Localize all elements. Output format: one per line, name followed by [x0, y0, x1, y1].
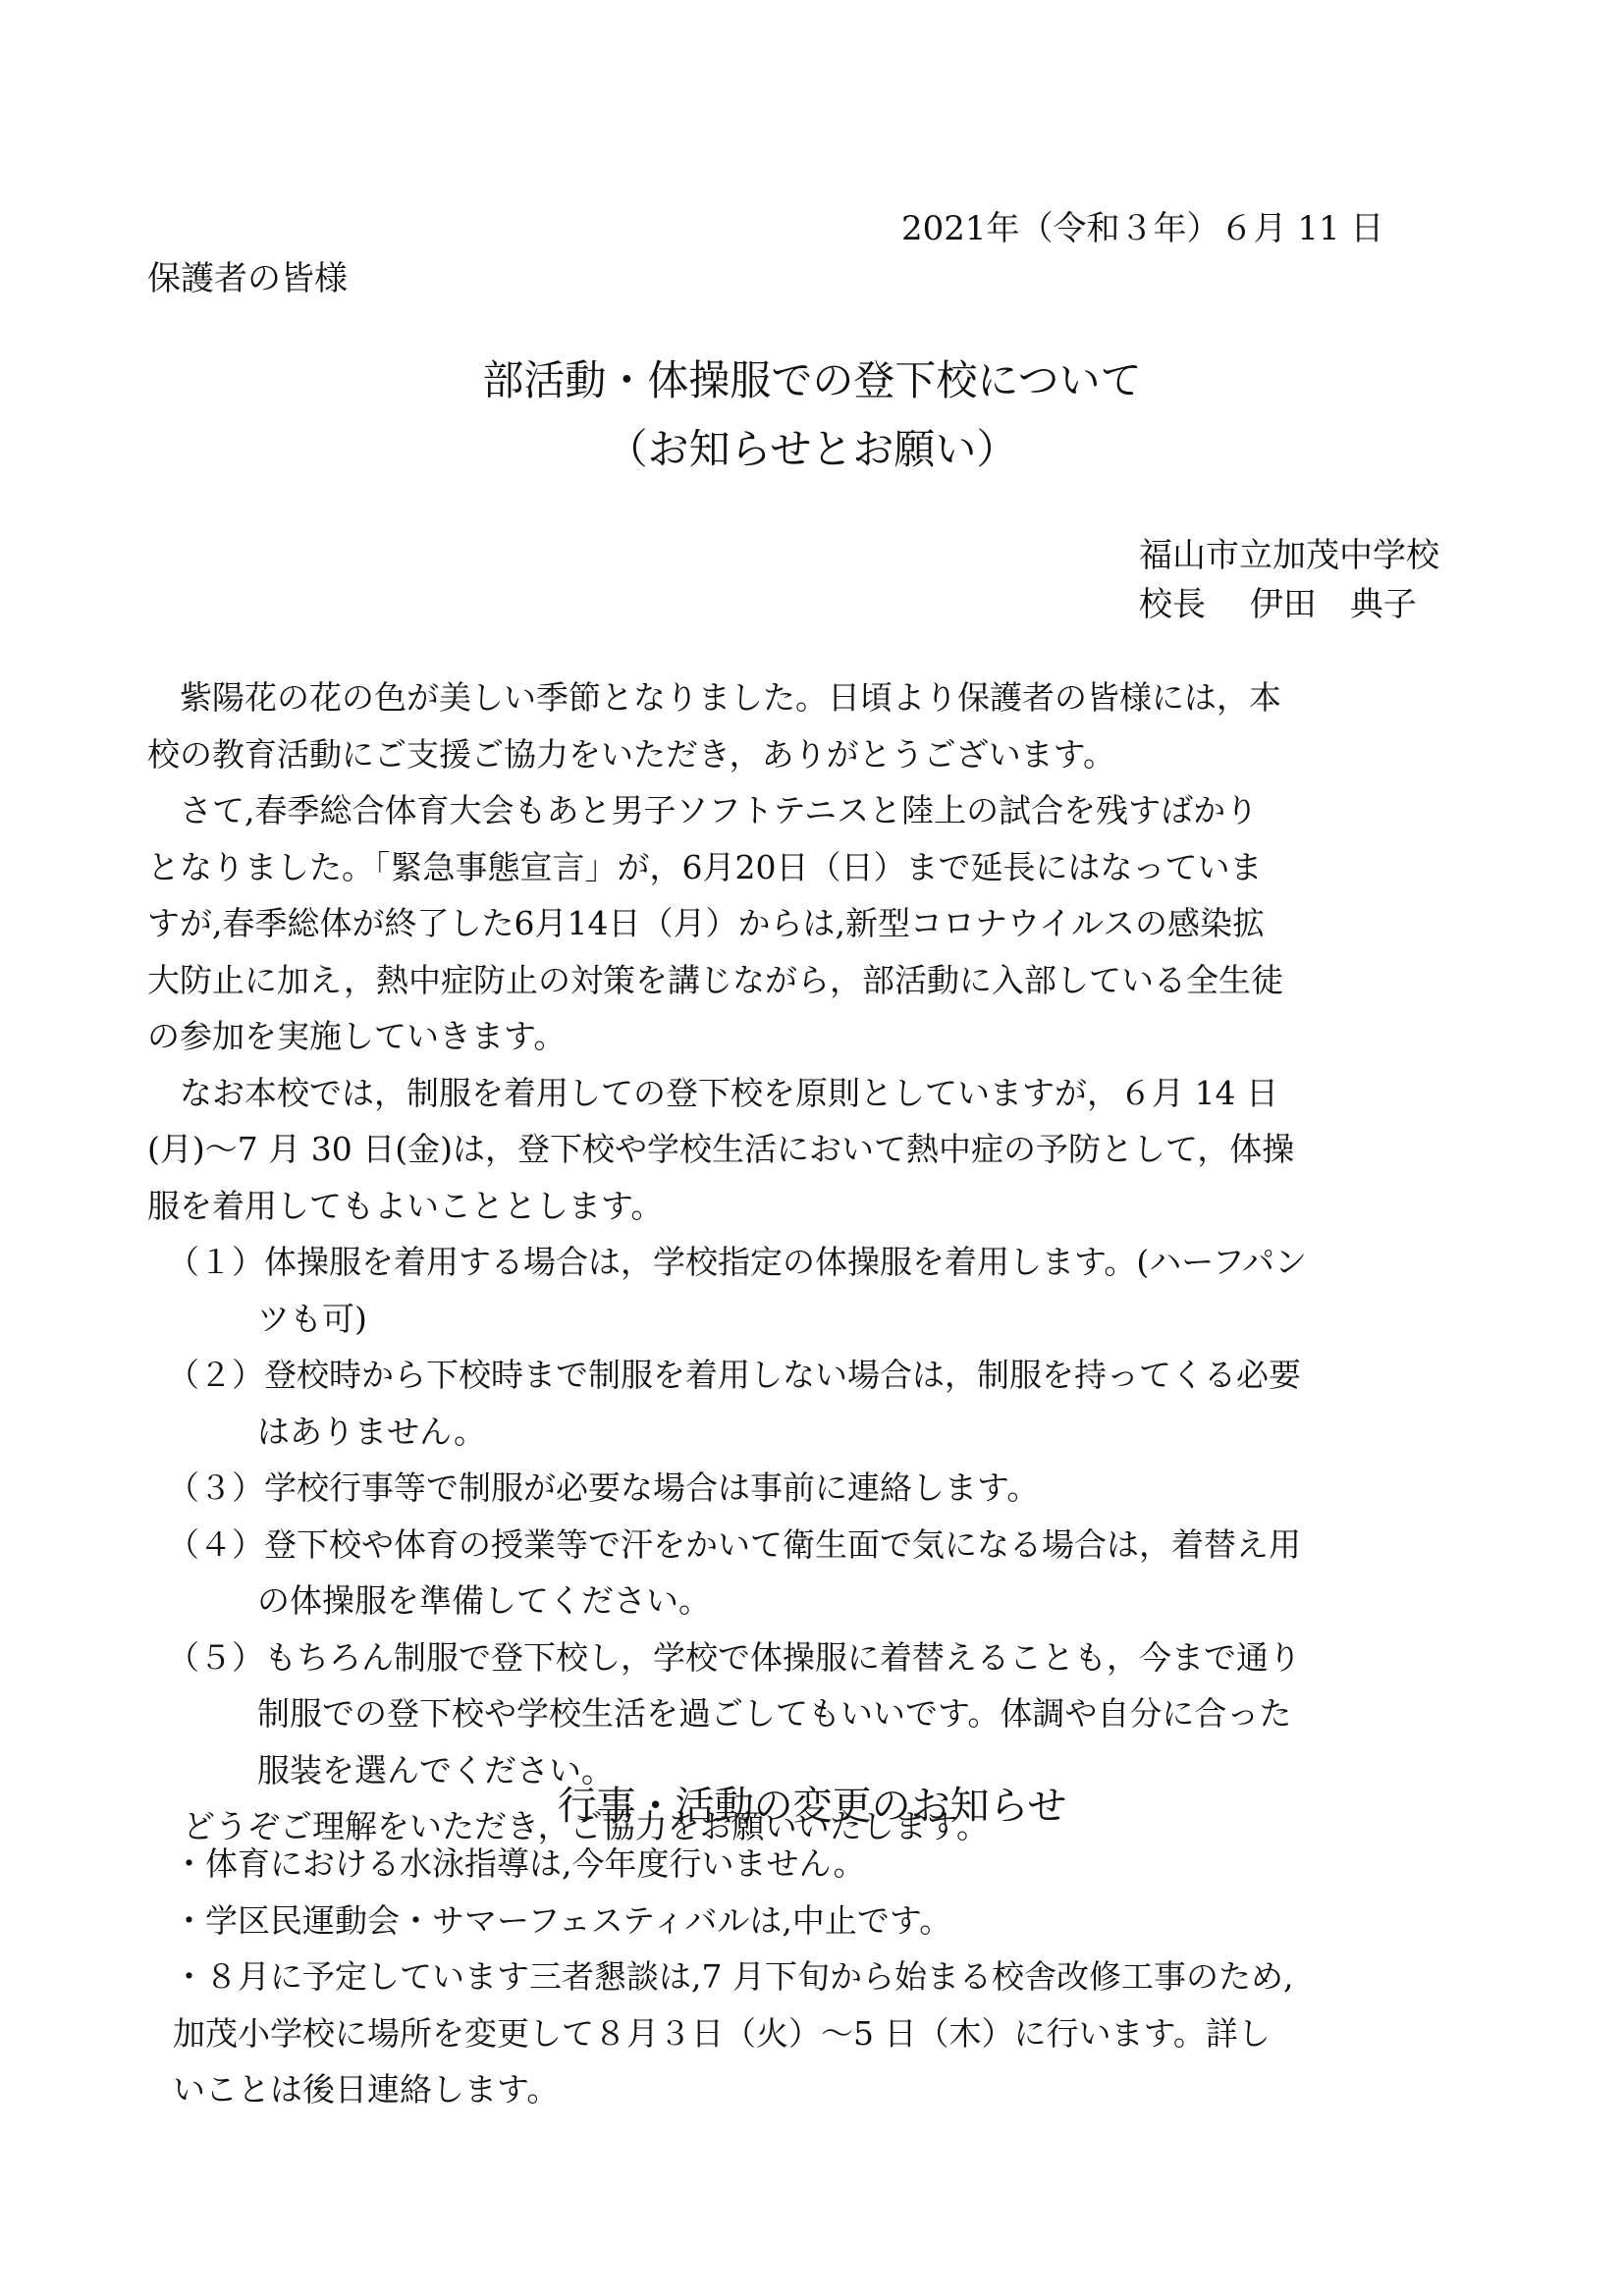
document-subtitle: （お知らせとお願い） [0, 417, 1624, 476]
body-line: 服を着用してもよいこととします。 [147, 1178, 1488, 1235]
list-item-4: （４）登下校や体育の授業等で汗をかいて衛生面で気になる場合は，着替え用 [147, 1517, 1488, 1574]
event-line: いことは後日連絡します。 [173, 2061, 1293, 2118]
letter-body: 紫陽花の花の色が美しい季節となりました。日頃より保護者の皆様には，本 校の教育活… [147, 669, 1488, 1855]
list-item-label: （４） [167, 1525, 264, 1564]
list-item-1: （１）体操服を着用する場合は，学校指定の体操服を着用します。(ハーフパン [147, 1234, 1488, 1291]
body-line: 大防止に加え，熱中症防止の対策を講じながら，部活動に入部している全生徒 [147, 952, 1488, 1009]
body-line: となりました。「緊急事態宣言」が，6月20日（日）まで延長にはなっていま [147, 839, 1488, 896]
body-line: 校の教育活動にご支援ご協力をいただき，ありがとうございます。 [147, 726, 1488, 783]
list-item-text: 学校行事等で制服が必要な場合は事前に連絡します。 [264, 1468, 1039, 1507]
list-item-2: （２）登校時から下校時まで制服を着用しない場合は，制服を持ってくる必要 [147, 1347, 1488, 1404]
events-section-title: 行事・活動の変更のお知らせ [0, 1775, 1624, 1831]
list-item-continuation: ツも可) [147, 1291, 1488, 1348]
list-item-5: （５）もちろん制服で登下校し，学校で体操服に着替えることも，今まで通り [147, 1629, 1488, 1686]
document-date: 2021年（令和３年）６月 11 日 [901, 201, 1383, 249]
list-item-label: （５） [167, 1638, 264, 1677]
body-line: 紫陽花の花の色が美しい季節となりました。日頃より保護者の皆様には，本 [147, 669, 1488, 726]
list-item-label: （２） [167, 1356, 264, 1394]
event-line: ・学区民運動会・サマーフェスティバルは,中止です。 [173, 1893, 1293, 1949]
body-line: すが,春季総体が終了した6月14日（月）からは,新型コロナウイルスの感染拡 [147, 895, 1488, 952]
sender-principal: 校長 伊田 典子 [1139, 577, 1417, 625]
event-line: 加茂小学校に場所を変更して８月３日（火）～5 日（木）に行います。詳し [173, 2005, 1293, 2062]
list-item-continuation: 制服での登下校や学校生活を過ごしてもいいです。体調や自分に合った [147, 1685, 1488, 1742]
body-line: なお本校では，制服を着用しての登下校を原則としていますが，６月 14 日 [147, 1065, 1488, 1122]
list-item-continuation: はありません。 [147, 1404, 1488, 1461]
list-item-continuation: の体操服を準備してください。 [147, 1573, 1488, 1629]
event-line: ・体育における水泳指導は,今年度行いません。 [173, 1836, 1293, 1893]
body-line: の参加を実施していきます。 [147, 1008, 1488, 1065]
list-item-text: 体操服を着用する場合は，学校指定の体操服を着用します。(ハーフパン [264, 1243, 1307, 1281]
list-item-label: （３） [167, 1468, 264, 1507]
body-line: (月)～7 月 30 日(金)は，登下校や学校生活において熱中症の予防として，体… [147, 1121, 1488, 1178]
event-line: ・８月に予定しています三者懇談は,7 月下旬から始まる校舎改修工事のため, [173, 1949, 1293, 2005]
sender-school: 福山市立加茂中学校 [1139, 528, 1439, 576]
list-item-text: 登校時から下校時まで制服を着用しない場合は，制服を持ってくる必要 [264, 1356, 1301, 1394]
list-item-3: （３）学校行事等で制服が必要な場合は事前に連絡します。 [147, 1460, 1488, 1517]
document-title: 部活動・体操服での登下校について [0, 348, 1624, 407]
events-list: ・体育における水泳指導は,今年度行いません。 ・学区民運動会・サマーフェスティバ… [173, 1836, 1293, 2118]
addressee: 保護者の皆様 [147, 251, 348, 299]
list-item-text: もちろん制服で登下校し，学校で体操服に着替えることも，今まで通り [264, 1638, 1301, 1677]
list-item-label: （１） [167, 1243, 264, 1281]
body-line: さて,春季総合体育大会もあと男子ソフトテニスと陸上の試合を残すばかり [147, 782, 1488, 839]
list-item-text: 登下校や体育の授業等で汗をかいて衛生面で気になる場合は，着替え用 [264, 1525, 1301, 1564]
